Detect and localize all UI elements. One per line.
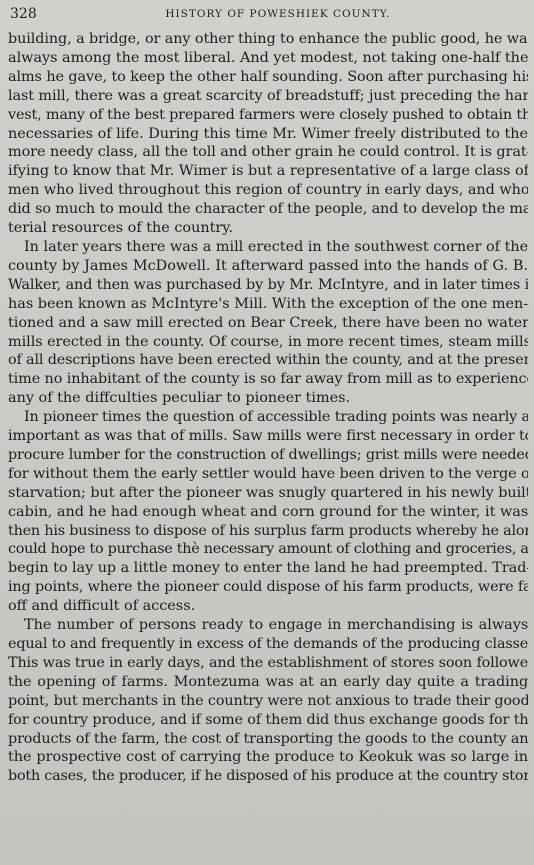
- text-line: begin to lay up a little money to enter …: [8, 559, 528, 578]
- text-line: both cases, the producer, if he disposed…: [8, 767, 528, 786]
- text-line: terial resources of the country.: [8, 219, 528, 238]
- text-line: time no inhabitant of the county is so f…: [8, 370, 528, 389]
- paragraph-4: The number of persons ready to engage in…: [8, 616, 528, 786]
- text-line: Walker, and then was purchased by by Mr.…: [8, 276, 528, 295]
- body-text: building, a bridge, or any other thing t…: [8, 30, 528, 786]
- text-line: of all descriptions have been erected wi…: [8, 351, 528, 370]
- running-title: HISTORY OF POWESHIEK COUNTY.: [8, 8, 528, 20]
- text-line: This was true in early days, and the est…: [8, 654, 528, 673]
- text-line: men who lived throughout this region of …: [8, 181, 528, 200]
- text-line: the prospective cost of carrying the pro…: [8, 748, 528, 767]
- text-line: necessaries of life. During this time Mr…: [8, 125, 528, 144]
- text-line: for without them the early settler would…: [8, 465, 528, 484]
- paragraph-3: In pioneer times the question of accessi…: [8, 408, 528, 616]
- text-line: tioned and a saw mill erected on Bear Cr…: [8, 314, 528, 333]
- text-line: important as was that of mills. Saw mill…: [8, 427, 528, 446]
- text-line: did so much to mould the character of th…: [8, 200, 528, 219]
- text-line: more needy class, all the toll and other…: [8, 143, 528, 162]
- text-line: point, but merchants in the country were…: [8, 692, 528, 711]
- text-line: The number of persons ready to engage in…: [8, 616, 528, 635]
- text-line: vest, many of the best prepared farmers …: [8, 106, 528, 125]
- text-line: alms he gave, to keep the other half sou…: [8, 68, 528, 87]
- text-line: products of the farm, the cost of transp…: [8, 730, 528, 749]
- paragraph-2: In later years there was a mill erected …: [8, 238, 528, 408]
- text-line: always among the most liberal. And yet m…: [8, 49, 528, 68]
- text-line: last mill, there was a great scarcity of…: [8, 87, 528, 106]
- book-page: 328 HISTORY OF POWESHIEK COUNTY. buildin…: [0, 0, 534, 865]
- text-line: any of the diffculties peculiar to pione…: [8, 389, 528, 408]
- text-line: building, a bridge, or any other thing t…: [8, 30, 528, 49]
- text-line: then his business to dispose of his surp…: [8, 522, 528, 541]
- text-line: In later years there was a mill erected …: [8, 238, 528, 257]
- text-line: county by James McDowell. It afterward p…: [8, 257, 528, 276]
- text-line: equal to and frequently in excess of the…: [8, 635, 528, 654]
- text-line: cabin, and he had enough wheat and corn …: [8, 503, 528, 522]
- text-line: mills erected in the county. Of course, …: [8, 333, 528, 352]
- paragraph-1: building, a bridge, or any other thing t…: [8, 30, 528, 238]
- text-line: ifying to know that Mr. Wimer is but a r…: [8, 162, 528, 181]
- text-line: procure lumber for the construction of d…: [8, 446, 528, 465]
- text-line: ing points, where the pioneer could disp…: [8, 578, 528, 597]
- text-line: off and difficult of access.: [8, 597, 528, 616]
- text-line: for country produce, and if some of them…: [8, 711, 528, 730]
- running-head: 328 HISTORY OF POWESHIEK COUNTY.: [8, 0, 528, 30]
- text-line: starvation; but after the pioneer was sn…: [8, 484, 528, 503]
- text-line: could hope to purchase thè necessary amo…: [8, 540, 528, 559]
- text-line: the opening of farms. Montezuma was at a…: [8, 673, 528, 692]
- text-line: has been known as McIntyre's Mill. With …: [8, 295, 528, 314]
- text-line: In pioneer times the question of accessi…: [8, 408, 528, 427]
